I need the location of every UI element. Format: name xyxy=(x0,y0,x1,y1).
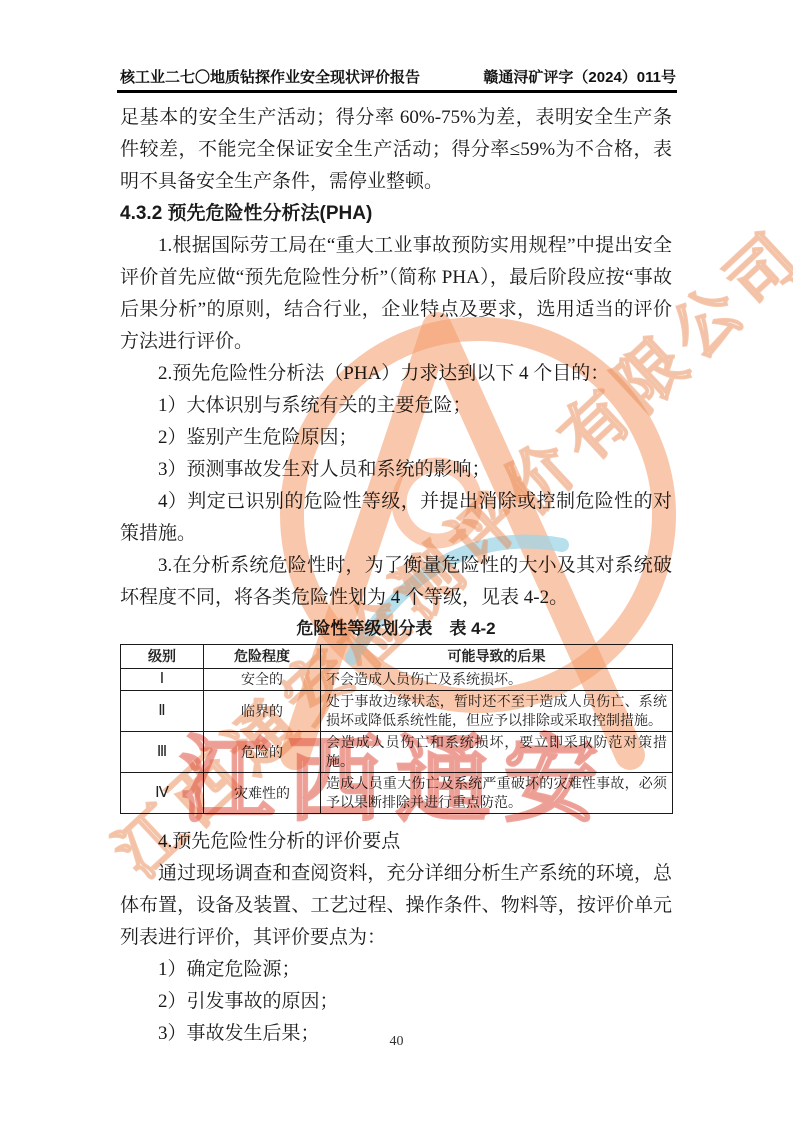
cell-consequence: 处于事故边缘状态，暂时还不至于造成人员伤亡、系统损坏或降低系统性能，但应予以排除… xyxy=(321,691,673,732)
paragraph: 4.预先危险性分析的评价要点 xyxy=(120,826,672,858)
paragraph: 3）预测事故发生对人员和系统的影响； xyxy=(120,454,672,486)
paragraph: 2）引发事故的原因； xyxy=(120,986,672,1018)
cell-grade: Ⅱ xyxy=(121,691,204,732)
cell-grade: Ⅰ xyxy=(121,669,204,691)
page-header: 核工业二七〇地质钻探作业安全现状评价报告 赣通浔矿评字（2024）011号 xyxy=(120,66,676,87)
cell-degree: 临界的 xyxy=(204,691,321,732)
risk-grade-table: 级别危险程度可能导致的后果 Ⅰ安全的不会造成人员伤亡及系统损坏。Ⅱ临界的处于事故… xyxy=(120,644,673,814)
paragraph: 足基本的安全生产活动；得分率 60%-75%为差，表明安全生产条件较差，不能完全… xyxy=(120,102,672,198)
table-row: Ⅰ安全的不会造成人员伤亡及系统损坏。 xyxy=(121,669,673,691)
table-row: Ⅳ灾难性的造成人员重大伤亡及系统严重破坏的灾难性事故，必须予以果断排除并进行重点… xyxy=(121,773,673,814)
header-rule xyxy=(117,90,677,93)
paragraphs-before-table: 足基本的安全生产活动；得分率 60%-75%为差，表明安全生产条件较差，不能完全… xyxy=(120,102,672,614)
table-column-header: 级别 xyxy=(121,645,204,669)
table-column-header: 危险程度 xyxy=(204,645,321,669)
paragraph: 1）大体识别与系统有关的主要危险； xyxy=(120,390,672,422)
paragraph: 通过现场调查和查阅资料，充分详细分析生产系统的环境，总体布置，设备及装置、工艺过… xyxy=(120,858,672,954)
cell-consequence: 造成人员重大伤亡及系统严重破坏的灾难性事故，必须予以果断排除并进行重点防范。 xyxy=(321,773,673,814)
page-footer: 40 xyxy=(0,1034,793,1050)
cell-degree: 灾难性的 xyxy=(204,773,321,814)
cell-consequence: 不会造成人员伤亡及系统损坏。 xyxy=(321,669,673,691)
paragraph: 4.3.2 预先危险性分析法(PHA) xyxy=(120,198,672,230)
page-number: 40 xyxy=(390,1034,404,1049)
document-page: 核工业二七〇地质钻探作业安全现状评价报告 赣通浔矿评字（2024）011号 足基… xyxy=(0,0,793,1122)
cell-consequence: 会造成人员伤亡和系统损坏，要立即采取防范对策措施。 xyxy=(321,732,673,773)
header-left-title: 核工业二七〇地质钻探作业安全现状评价报告 xyxy=(120,66,420,87)
table-row: Ⅲ危险的会造成人员伤亡和系统损坏，要立即采取防范对策措施。 xyxy=(121,732,673,773)
cell-grade: Ⅲ xyxy=(121,732,204,773)
paragraph: 2）鉴别产生危险原因； xyxy=(120,422,672,454)
table-header-row: 级别危险程度可能导致的后果 xyxy=(121,645,673,669)
table-row: Ⅱ临界的处于事故边缘状态，暂时还不至于造成人员伤亡、系统损坏或降低系统性能，但应… xyxy=(121,691,673,732)
table-title: 危险性等级划分表 表 4-2 xyxy=(120,616,672,642)
paragraphs-after-table: 4.预先危险性分析的评价要点通过现场调查和查阅资料，充分详细分析生产系统的环境，… xyxy=(120,826,672,1050)
paragraph: 1）确定危险源； xyxy=(120,954,672,986)
cell-degree: 危险的 xyxy=(204,732,321,773)
header-doc-number: 赣通浔矿评字（2024）011号 xyxy=(483,66,676,87)
paragraph: 1.根据国际劳工局在“重大工业事故预防实用规程”中提出安全评价首先应做“预先危险… xyxy=(120,230,672,358)
body-content: 足基本的安全生产活动；得分率 60%-75%为差，表明安全生产条件较差，不能完全… xyxy=(120,102,672,1050)
paragraph: 2.预先危险性分析法（PHA）力求达到以下 4 个目的： xyxy=(120,358,672,390)
cell-grade: Ⅳ xyxy=(121,773,204,814)
cell-degree: 安全的 xyxy=(204,669,321,691)
paragraph: 4）判定已识别的危险性等级，并提出消除或控制危险性的对策措施。 xyxy=(120,486,672,550)
table-column-header: 可能导致的后果 xyxy=(321,645,673,669)
paragraph: 3.在分析系统危险性时，为了衡量危险性的大小及其对系统破坏程度不同，将各类危险性… xyxy=(120,550,672,614)
